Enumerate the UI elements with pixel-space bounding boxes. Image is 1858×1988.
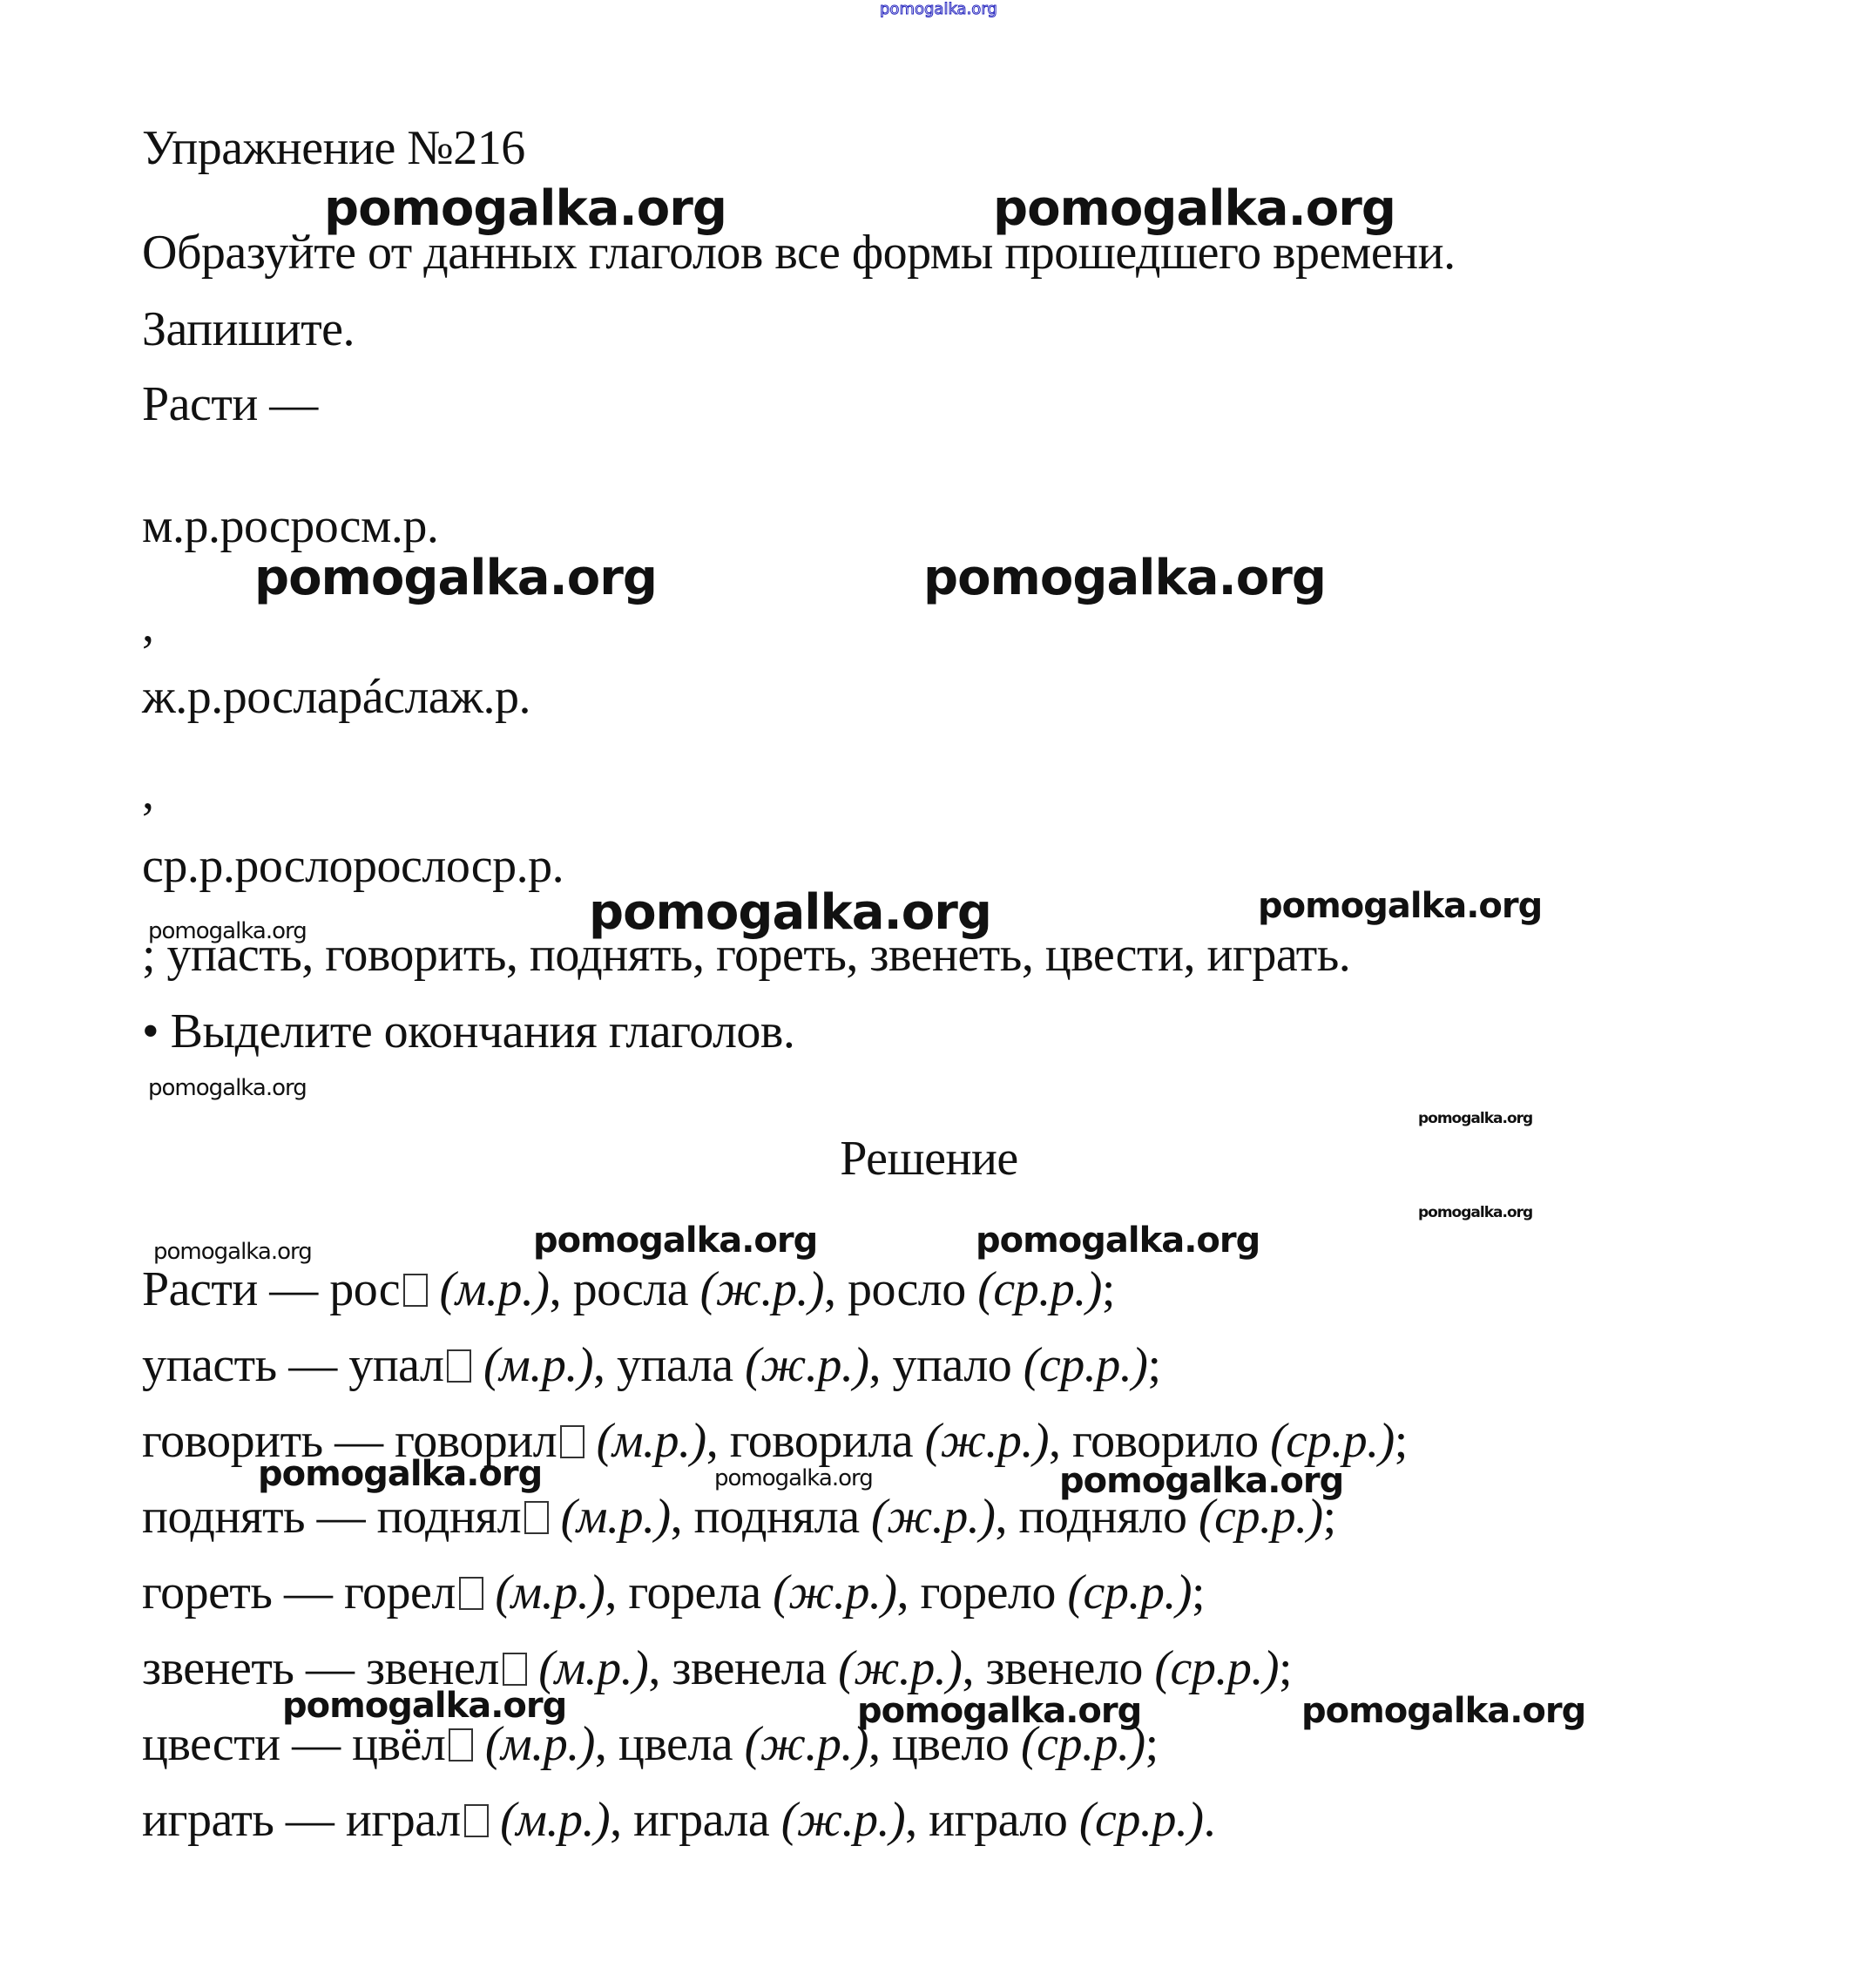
form-feminine: росла <box>573 1262 700 1316</box>
form-neuter: росло <box>848 1262 977 1316</box>
form-neuter: говорило <box>1072 1414 1270 1468</box>
watermark: pomogalka.org <box>714 1467 873 1490</box>
comma: , <box>824 1262 848 1316</box>
form-masculine: поднял <box>377 1490 522 1544</box>
watermark: pomogalka.org <box>148 1077 307 1099</box>
gender-label-neuter: (ср.р.) <box>1154 1641 1279 1695</box>
gender-label-neuter: (ср.р.) <box>1067 1565 1192 1619</box>
comma: , <box>1049 1414 1072 1468</box>
gender-label-feminine: (ж.р.) <box>745 1338 868 1392</box>
gender-label-feminine: (ж.р.) <box>773 1565 896 1619</box>
watermark: pomogalka.org <box>923 554 1326 603</box>
comma: , <box>550 1262 573 1316</box>
watermark: pomogalka.org <box>148 920 307 943</box>
comma: , <box>962 1641 985 1695</box>
form-feminine: играла <box>633 1793 781 1847</box>
watermark: pomogalka.org <box>1258 889 1542 923</box>
infinitive: цвести <box>142 1717 280 1771</box>
row-end-punct: . <box>1204 1793 1216 1847</box>
comma: , <box>995 1490 1018 1544</box>
comma: , <box>671 1490 694 1544</box>
dash: — <box>277 1338 349 1392</box>
watermark: pomogalka.org <box>857 1694 1141 1728</box>
form-feminine: упала <box>617 1338 745 1392</box>
exercise-title: Упражнение №216 <box>142 124 525 172</box>
space <box>483 1565 496 1619</box>
dash: — <box>272 1565 344 1619</box>
row-end-punct: ; <box>1147 1338 1160 1392</box>
form-feminine: говорила <box>730 1414 925 1468</box>
example-head: Расти — <box>142 380 318 429</box>
watermark: pomogalka.org <box>589 889 991 937</box>
form-feminine: горела <box>628 1565 773 1619</box>
solution-row: Расти — рос (м.р.), росла (ж.р.), росло … <box>142 1265 1115 1314</box>
form-masculine: горел <box>344 1565 456 1619</box>
example-comma-1: , <box>142 601 154 650</box>
gender-label-masculine: (м.р.) <box>483 1338 593 1392</box>
gender-label-feminine: (ж.р.) <box>871 1490 995 1544</box>
comma: , <box>593 1338 617 1392</box>
watermark: pomogalka.org <box>153 1241 312 1263</box>
watermark: pomogalka.org <box>533 1223 817 1258</box>
ending-box-icon <box>447 1349 471 1383</box>
infinitive: Расти <box>142 1262 258 1316</box>
gender-label-feminine: (ж.р.) <box>838 1641 962 1695</box>
gender-label-feminine: (ж.р.) <box>925 1414 1049 1468</box>
comma: , <box>648 1641 672 1695</box>
dash: — <box>258 1262 330 1316</box>
gender-label-neuter: (ср.р.) <box>1024 1338 1148 1392</box>
space <box>489 1793 501 1847</box>
comma: , <box>595 1717 618 1771</box>
header-watermark: pomogalka.org <box>880 2 997 17</box>
form-feminine: подняла <box>694 1490 871 1544</box>
solution-row: играть — играл (м.р.), играла (ж.р.), иг… <box>142 1795 1215 1844</box>
space <box>428 1262 440 1316</box>
watermark: pomogalka.org <box>993 185 1395 233</box>
form-neuter: звенело <box>985 1641 1154 1695</box>
comma: , <box>610 1793 633 1847</box>
gender-label-feminine: (ж.р.) <box>700 1262 824 1316</box>
solution-heading: Решение <box>0 1134 1858 1183</box>
watermark: pomogalka.org <box>1301 1694 1585 1728</box>
ending-box-icon <box>403 1274 428 1307</box>
gender-label-masculine: (м.р.) <box>500 1793 610 1847</box>
watermark: pomogalka.org <box>976 1223 1260 1258</box>
ending-box-icon <box>524 1501 549 1534</box>
row-end-punct: ; <box>1102 1262 1115 1316</box>
watermark: pomogalka.org <box>1418 1206 1532 1221</box>
form-masculine: упал <box>348 1338 443 1392</box>
row-end-punct: ; <box>1192 1565 1205 1619</box>
form-neuter: упало <box>893 1338 1024 1392</box>
example-comma-2: , <box>142 768 154 817</box>
dash: — <box>305 1490 377 1544</box>
comma: , <box>905 1793 929 1847</box>
gender-label-neuter: (ср.р.) <box>977 1262 1102 1316</box>
bullet-task: • Выделите окончания глаголов. <box>142 1007 794 1056</box>
gender-label-feminine: (ж.р.) <box>781 1793 905 1847</box>
ending-box-icon <box>560 1425 584 1458</box>
space <box>549 1490 561 1544</box>
watermark: pomogalka.org <box>1418 1112 1532 1126</box>
infinitive: звенеть <box>142 1641 294 1695</box>
infinitive: играть <box>142 1793 274 1847</box>
row-end-punct: ; <box>1279 1641 1292 1695</box>
task-text-line2: Запишите. <box>142 305 355 354</box>
watermark: pomogalka.org <box>258 1457 542 1491</box>
example-feminine: ж.р.рослаpáслaж.р. <box>142 673 530 721</box>
comma: , <box>706 1414 730 1468</box>
space <box>584 1414 597 1468</box>
infinitive: гореть <box>142 1565 272 1619</box>
ending-box-icon <box>459 1577 483 1610</box>
gender-label-feminine: (ж.р.) <box>745 1717 868 1771</box>
example-masculine: м.р.росросм.р. <box>142 502 438 551</box>
comma: , <box>869 1338 893 1392</box>
solution-row: упасть — упал (м.р.), упала (ж.р.), упал… <box>142 1341 1161 1390</box>
gender-label-masculine: (м.р.) <box>561 1490 671 1544</box>
form-masculine: рос <box>329 1262 400 1316</box>
form-neuter: играло <box>929 1793 1079 1847</box>
ending-box-icon <box>449 1728 473 1761</box>
watermark: pomogalka.org <box>254 554 657 603</box>
ending-box-icon <box>464 1804 489 1837</box>
form-masculine: играл <box>346 1793 461 1847</box>
document-page: pomogalka.org Упражнение №216 Образуйте … <box>0 0 1858 1988</box>
watermark: pomogalka.org <box>1059 1464 1343 1498</box>
row-end-punct: ; <box>1395 1414 1408 1468</box>
gender-label-masculine: (м.р.) <box>440 1262 550 1316</box>
watermark: pomogalka.org <box>324 185 726 233</box>
dash: — <box>274 1793 346 1847</box>
form-neuter: горело <box>921 1565 1068 1619</box>
comma: , <box>897 1565 921 1619</box>
gender-label-neuter: (ср.р.) <box>1270 1414 1395 1468</box>
ending-box-icon <box>503 1653 527 1686</box>
example-neuter: ср.р.рослоpocлоср.р. <box>142 842 564 890</box>
gender-label-masculine: (м.р.) <box>495 1565 605 1619</box>
solution-row: гореть — горел (м.р.), горела (ж.р.), го… <box>142 1568 1205 1617</box>
gender-label-neuter: (ср.р.) <box>1079 1793 1204 1847</box>
form-feminine: звенела <box>672 1641 838 1695</box>
comma: , <box>605 1565 628 1619</box>
space <box>471 1338 483 1392</box>
gender-label-masculine: (м.р.) <box>597 1414 706 1468</box>
infinitive: поднять <box>142 1490 305 1544</box>
form-feminine: цвела <box>618 1717 745 1771</box>
watermark: pomogalka.org <box>282 1688 566 1723</box>
infinitive: упасть <box>142 1338 277 1392</box>
row-end-punct: ; <box>1145 1717 1159 1771</box>
